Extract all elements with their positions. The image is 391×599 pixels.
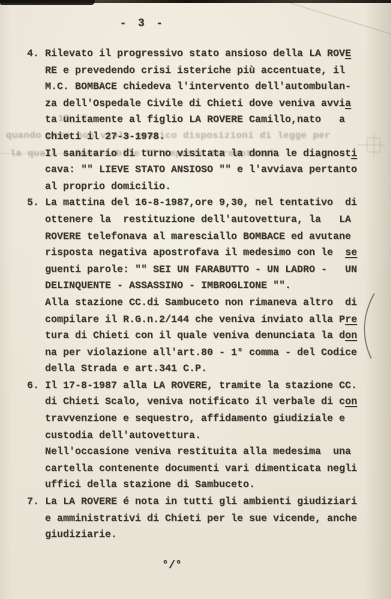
text-line: ta unitamente al figlio LA ROVERE Camill… xyxy=(27,115,372,132)
text-line: custodia dell'autovettura. xyxy=(27,431,372,448)
text-line: della Strada e art.341 C.P. xyxy=(27,364,372,381)
text-line: 6. Il 17-8-1987 alla LA ROVERE, tramite … xyxy=(27,381,372,398)
text-line: travvenzione e sequestro, affidamento gi… xyxy=(27,414,372,431)
text-line: cartella contenente documenti vari dimen… xyxy=(27,464,372,481)
text-line: za dell'Ospedale Civile di Chieti dove v… xyxy=(27,99,372,116)
text-line: uffici della stazione di Sambuceto. xyxy=(27,480,372,497)
text-line: ROVERE telefonava al maresciallo BOMBACE… xyxy=(27,232,372,249)
faint-registration-mark xyxy=(357,133,385,157)
text-line: cava: "" LIEVE STATO ANSIOSO "" e l'avvi… xyxy=(27,165,372,182)
text-line: risposta negativa apostrofava il medesim… xyxy=(27,248,372,265)
text-line: Alla stazione CC.di Sambuceto non rimane… xyxy=(27,298,372,315)
continuation-underline: E xyxy=(345,49,351,60)
text-line: Il sanitario di turno visitata la donna … xyxy=(27,149,372,166)
text-line: compilare il R.G.n.2/144 che veniva invi… xyxy=(27,315,372,332)
continuation-underline: on xyxy=(345,397,357,408)
typewritten-body-text: 4. Rilevato il progressivo stato ansioso… xyxy=(27,49,372,547)
margin-pen-stroke xyxy=(355,290,379,362)
text-line: al proprio domicilio. xyxy=(27,182,372,199)
text-line: giudiziarie. xyxy=(27,530,372,547)
text-line: M.C. BOMBACE chiedeva l'intervento dell'… xyxy=(27,82,372,99)
text-line: Chieti il 27-3-1978. xyxy=(27,132,372,149)
text-line: tura di Chieti con il quale veniva denun… xyxy=(27,331,372,348)
text-line: e amministrativi di Chieti per le sue vi… xyxy=(27,514,372,531)
scanned-document-page: - 3 - 15. Cquando nere non viola pratico… xyxy=(0,0,391,599)
text-line: di Chieti Scalo, veniva notificato il ve… xyxy=(27,397,372,414)
text-line: Nell'occasione veniva restituita alla me… xyxy=(27,447,372,464)
text-line: na per violazione all'art.80 - 1° comma … xyxy=(27,348,372,365)
text-line: guenti parole: "" SEI UN FARABUTTO - UN … xyxy=(27,265,372,282)
page-continuation-mark: °/° xyxy=(162,560,182,572)
continuation-underline: se xyxy=(345,248,357,259)
text-line: DELINQUENTE - ASSASSINO - IMBROGLIONE ""… xyxy=(27,281,372,298)
text-line: 4. Rilevato il progressivo stato ansioso… xyxy=(27,49,372,66)
text-line: RE e prevedendo crisi isteriche più acce… xyxy=(27,66,372,83)
continuation-underline: a xyxy=(345,99,351,110)
text-line: 5. La mattina del 16-8-1987,ore 9,30, ne… xyxy=(27,198,372,215)
text-line: ottenere la restituzione dell'autovettur… xyxy=(27,215,372,232)
text-line: 7. La LA ROVERE é nota in tutti gli ambi… xyxy=(27,497,372,514)
